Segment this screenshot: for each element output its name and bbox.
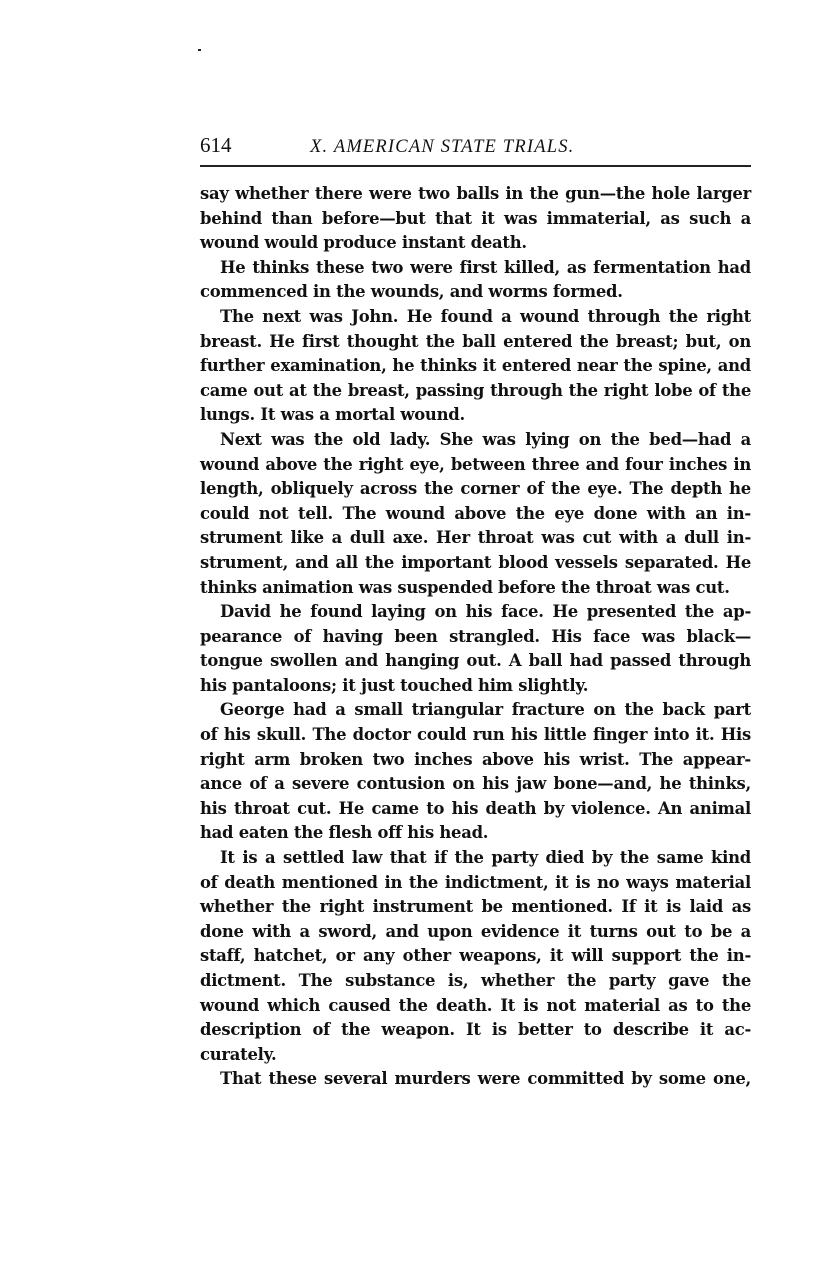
paragraph: David he found laying on his face. He pr… [200, 600, 751, 698]
text-line: ance of a severe contusion on his jaw bo… [200, 772, 751, 797]
text-line: dictment. The substance is, whether the … [200, 969, 751, 994]
text-line: It is a settled law that if the party di… [200, 846, 751, 871]
text-line: strument like a dull axe. Her throat was… [200, 526, 751, 551]
paragraph: The next was John. He found a wound thro… [200, 305, 751, 428]
text-line: wound which caused the death. It is not … [200, 994, 751, 1019]
text-line: Next was the old lady. She was lying on … [200, 428, 751, 453]
text-line: of his skull. The doctor could run his l… [200, 723, 751, 748]
header-rule [200, 165, 751, 167]
text-line: came out at the breast, passing through … [200, 379, 751, 404]
text-line: his pantaloons; it just touched him slig… [200, 674, 751, 699]
text-line: commenced in the wounds, and worms forme… [200, 280, 751, 305]
text-line: done with a sword, and upon evidence it … [200, 920, 751, 945]
text-line: behind than before—but that it was immat… [200, 207, 751, 232]
text-line: That these several murders were committe… [200, 1067, 751, 1092]
book-page: 614 X. AMERICAN STATE TRIALS. say whethe… [200, 133, 751, 1092]
text-line: lungs. It was a mortal wound. [200, 403, 751, 428]
text-line: further examination, he thinks it entere… [200, 354, 751, 379]
running-head: 614 X. AMERICAN STATE TRIALS. [200, 133, 751, 159]
body-text: say whether there were two balls in the … [200, 182, 751, 1092]
paragraph: George had a small triangular fracture o… [200, 698, 751, 846]
text-line: tongue swollen and hanging out. A ball h… [200, 649, 751, 674]
text-line: strument, and all the important blood ve… [200, 551, 751, 576]
text-line: description of the weapon. It is better … [200, 1018, 751, 1043]
text-line: length, obliquely across the corner of t… [200, 477, 751, 502]
paragraph: It is a settled law that if the party di… [200, 846, 751, 1067]
text-line: wound above the right eye, between three… [200, 453, 751, 478]
paragraph: say whether there were two balls in the … [200, 182, 751, 256]
paragraph: That these several murders were committe… [200, 1067, 751, 1092]
text-line: thinks animation was suspended before th… [200, 576, 751, 601]
running-title: X. AMERICAN STATE TRIALS. [310, 137, 575, 158]
text-line: staff, hatchet, or any other weapons, it… [200, 944, 751, 969]
text-line: say whether there were two balls in the … [200, 182, 751, 207]
text-line: had eaten the flesh off his head. [200, 821, 751, 846]
text-line: pearance of having been strangled. His f… [200, 625, 751, 650]
text-line: whether the right instrument be mentione… [200, 895, 751, 920]
text-line: of death mentioned in the indictment, it… [200, 871, 751, 896]
scan-speck [198, 49, 201, 51]
text-line: his throat cut. He came to his death by … [200, 797, 751, 822]
paragraph: He thinks these two were first killed, a… [200, 256, 751, 305]
text-line: George had a small triangular fracture o… [200, 698, 751, 723]
text-line: right arm broken two inches above his wr… [200, 748, 751, 773]
text-line: wound would produce instant death. [200, 231, 751, 256]
text-line: David he found laying on his face. He pr… [200, 600, 751, 625]
page-number: 614 [200, 133, 310, 158]
text-line: breast. He first thought the ball entere… [200, 330, 751, 355]
text-line: He thinks these two were first killed, a… [200, 256, 751, 281]
text-line: The next was John. He found a wound thro… [200, 305, 751, 330]
text-line: curately. [200, 1043, 751, 1068]
text-line: could not tell. The wound above the eye … [200, 502, 751, 527]
paragraph: Next was the old lady. She was lying on … [200, 428, 751, 600]
